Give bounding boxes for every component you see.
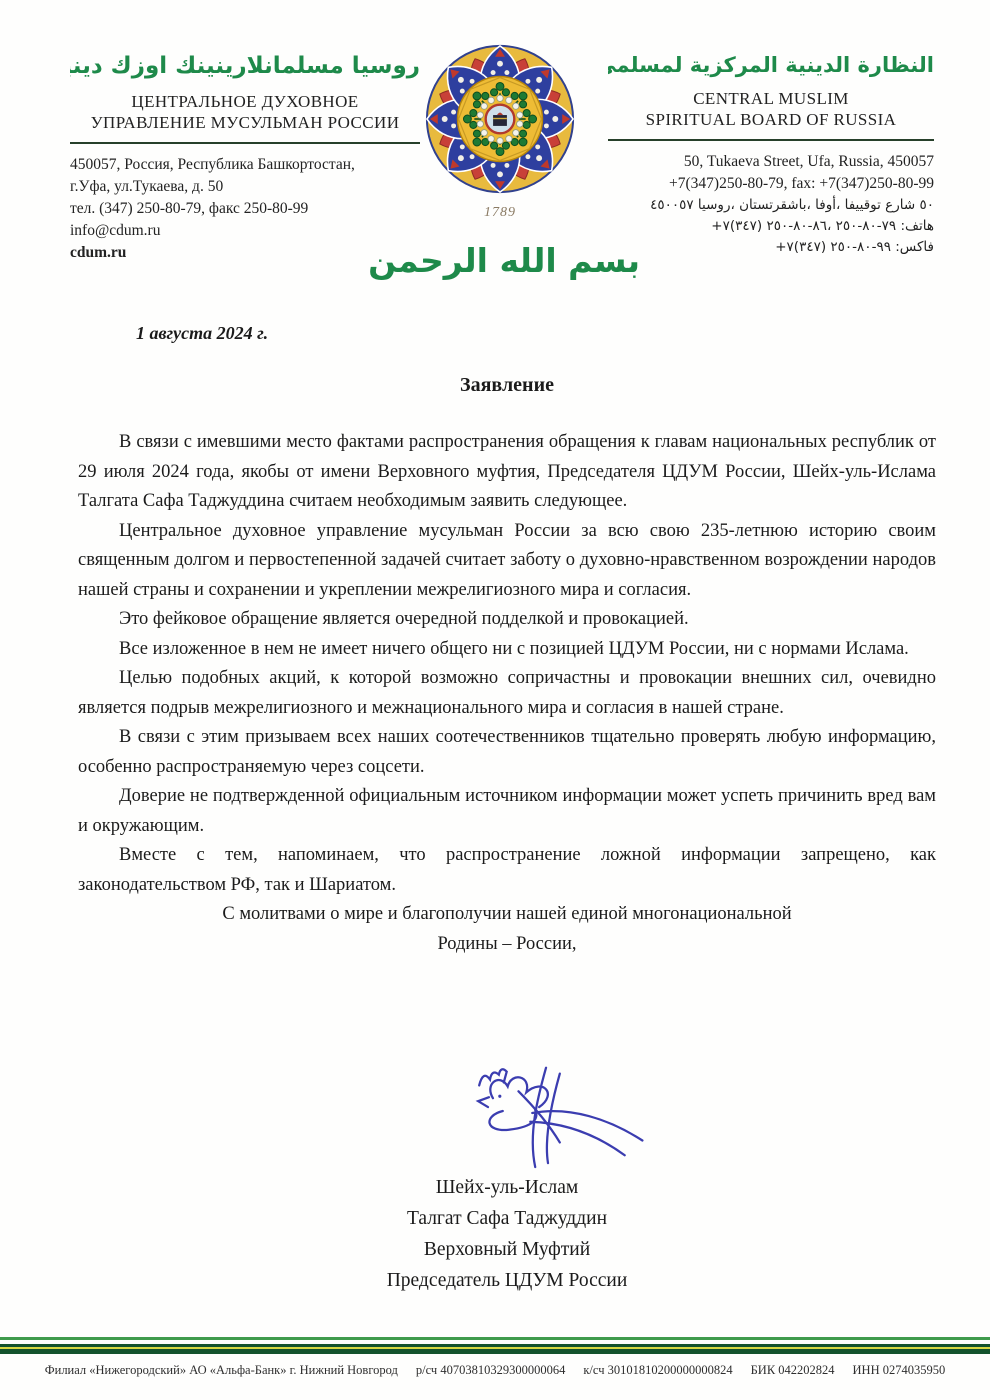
- address-en-line2: +7(347)250-80-79, fax: +7(347)250-80-99: [608, 173, 934, 195]
- signatory-name: Талгат Сафа Таджуддин: [78, 1203, 936, 1234]
- paragraph: Все изложенное в нем не имеет ничего общ…: [78, 635, 936, 665]
- paragraph: Целью подобных акций, к которой возможно…: [78, 664, 936, 723]
- paragraph: Это фейковое обращение является очередно…: [78, 605, 936, 635]
- org-name-ru-line2: УПРАВЛЕНИЕ МУСУЛЬМАН РОССИИ: [70, 112, 420, 133]
- paragraph: Доверие не подтвержденной официальным ис…: [78, 782, 936, 841]
- org-name-en-line1: CENTRAL MUSLIM: [608, 88, 934, 109]
- founding-year: 1789: [418, 205, 582, 221]
- closing-line-2: Родины – России,: [78, 930, 936, 960]
- bank-inn: ИНН 0274035950: [853, 1363, 946, 1377]
- header-divider-right: [608, 139, 934, 141]
- paragraph: В связи с имевшими место фактами распрос…: [78, 428, 936, 517]
- org-name-ru-line1: ЦЕНТРАЛЬНОЕ ДУХОВНОЕ: [70, 91, 420, 112]
- org-name-ru: ЦЕНТРАЛЬНОЕ ДУХОВНОЕ УПРАВЛЕНИЕ МУСУЛЬМА…: [70, 91, 420, 133]
- handwritten-signature-icon: [448, 1052, 648, 1170]
- address-ru-line1: 450057, Россия, Республика Башкортостан,: [70, 154, 420, 176]
- bank-bik: БИК 042202824: [751, 1363, 835, 1377]
- paragraph: Вместе с тем, напоминаем, что распростра…: [78, 841, 936, 900]
- paragraph: Центральное духовное управление мусульма…: [78, 517, 936, 606]
- letterhead-right: النظارة الدينية المركزية لمسلمي روسيا CE…: [608, 52, 934, 258]
- document-body: В связи с имевшими место фактами распрос…: [78, 428, 936, 959]
- footer-stripe-band: [0, 1344, 990, 1354]
- address-en-line1: 50, Tukaeva Street, Ufa, Russia, 450057: [608, 151, 934, 173]
- address-en: 50, Tukaeva Street, Ufa, Russia, 450057 …: [608, 151, 934, 258]
- address-ar-line2: هاتف: ٧٩-٨٠-٢٥٠ ،٨٦-٨٠-٢٥٠ (٣٤٧)٧+: [608, 216, 934, 237]
- signatory-title-3: Председатель ЦДУМ России: [78, 1265, 936, 1296]
- address-ar-line3: فاكس: ٩٩-٨٠-٢٥٠ (٣٤٧)٧+: [608, 237, 934, 258]
- bank-corr-account: к/сч 30101810200000000824: [583, 1363, 732, 1377]
- org-name-en-line2: SPIRITUAL BOARD OF RUSSIA: [608, 109, 934, 130]
- bismillah-calligraphy: بسم الله الرحمن الرحيم: [360, 226, 640, 296]
- letterhead-center: 1789: [418, 40, 582, 221]
- document-title: Заявление: [78, 374, 936, 397]
- closing-line-1: С молитвами о мире и благополучии нашей …: [78, 900, 936, 930]
- address-ar-line1: ٥٠ شارع توقييفا ،أوفا ،باشقرتستان ،روسيا…: [608, 195, 934, 216]
- footer-decorative-stripes: [0, 1337, 990, 1354]
- document-date: 1 августа 2024 г.: [136, 323, 268, 344]
- arabic-calligraphy-right: النظارة الدينية المركزية لمسلمي روسيا: [608, 52, 934, 78]
- address-ru-line2: г.Уфа, ул.Тукаева, д. 50: [70, 176, 420, 198]
- signatory-title-1: Шейх-уль-Ислам: [78, 1172, 936, 1203]
- signatory-block: Шейх-уль-Ислам Талгат Сафа Таджуддин Вер…: [78, 1172, 936, 1296]
- org-name-en: CENTRAL MUSLIM SPIRITUAL BOARD OF RUSSIA: [608, 88, 934, 130]
- signatory-title-2: Верховный Муфтий: [78, 1234, 936, 1265]
- address-ru-line3: тел. (347) 250-80-79, факс 250-80-99: [70, 198, 420, 220]
- header-divider-left: [70, 142, 420, 144]
- arabic-calligraphy-left: روسيا مسلمانلارينينك اوزك دينيه نظارتي: [70, 52, 420, 81]
- bank-details: Филиал «Нижегородский» АО «Альфа-Банк» г…: [0, 1363, 990, 1378]
- paragraph: В связи с этим призываем всех наших соот…: [78, 723, 936, 782]
- letter-page: روسيا مسلمانلارينينك اوزك دينيه نظارتي Ц…: [0, 0, 990, 1400]
- bank-branch: Филиал «Нижегородский» АО «Альфа-Банк» г…: [45, 1363, 398, 1377]
- cdum-rosette-emblem-icon: [421, 40, 579, 198]
- bank-account: р/сч 40703810329300000064: [416, 1363, 565, 1377]
